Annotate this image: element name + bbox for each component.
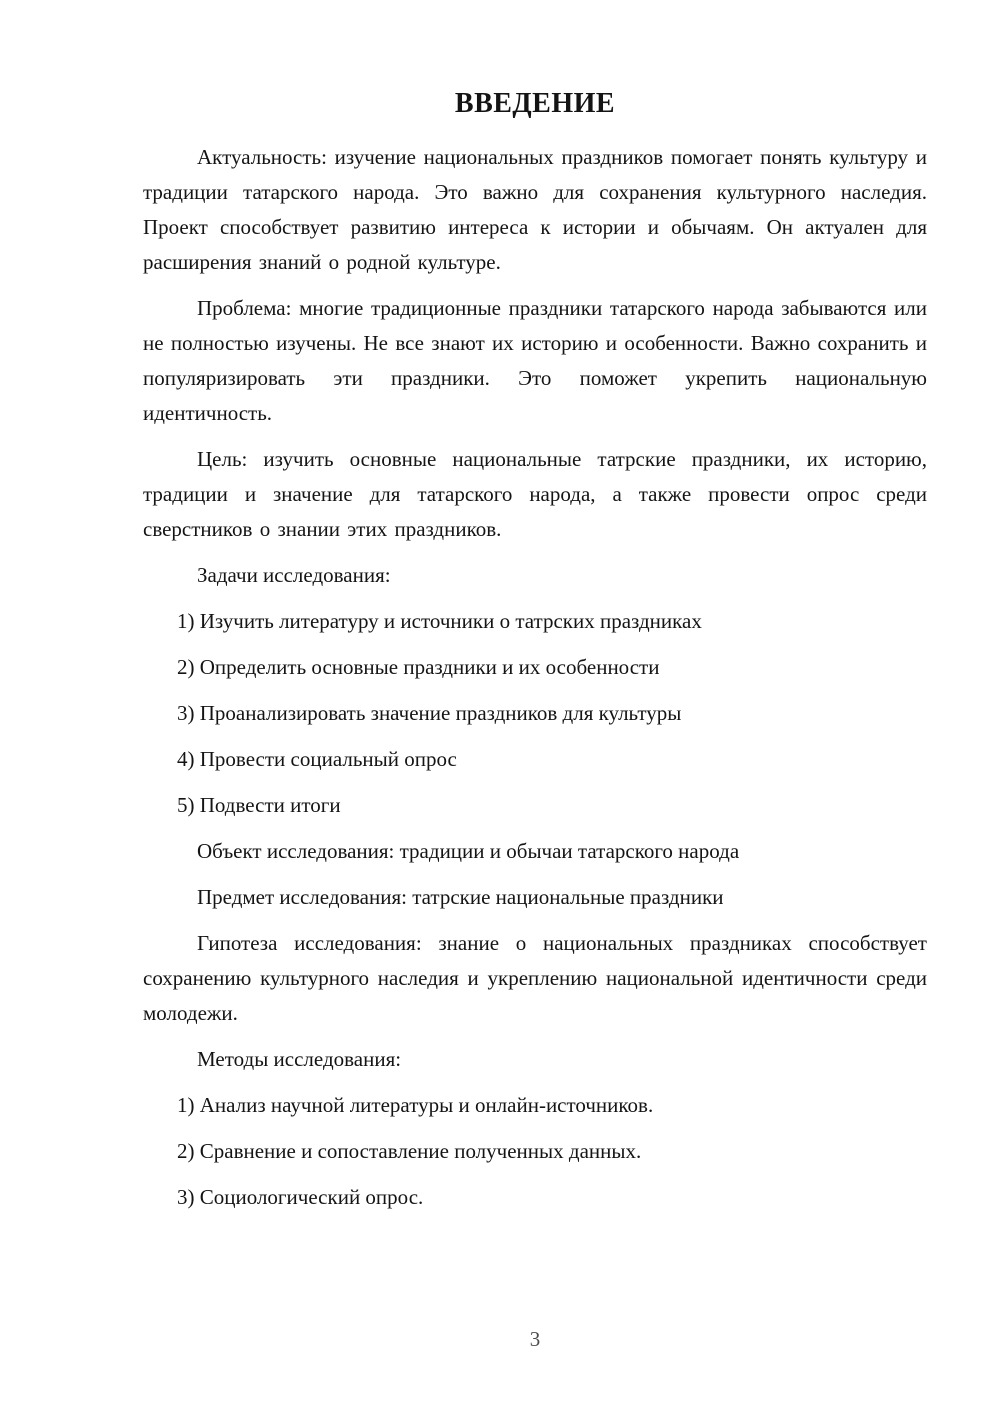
task-item-2: 2) Определить основные праздники и их ос…: [143, 650, 927, 685]
task-item-3: 3) Проанализировать значение праздников …: [143, 696, 927, 731]
task-item-5: 5) Подвести итоги: [143, 788, 927, 823]
paragraph-goal: Цель: изучить основные национальные татр…: [143, 442, 927, 547]
tasks-label: Задачи исследования:: [143, 558, 927, 593]
paragraph-hypothesis: Гипотеза исследования: знание о национал…: [143, 926, 927, 1031]
paragraph-problem: Проблема: многие традиционные праздники …: [143, 291, 927, 431]
page-title: ВВЕДЕНИЕ: [143, 86, 927, 122]
object-line: Объект исследования: традиции и обычаи т…: [143, 834, 927, 869]
task-item-4: 4) Провести социальный опрос: [143, 742, 927, 777]
document-page: ВВЕДЕНИЕ Актуальность: изучение национал…: [0, 0, 1000, 1414]
method-item-1: 1) Анализ научной литературы и онлайн-ис…: [143, 1088, 927, 1123]
task-item-1: 1) Изучить литературу и источники о татр…: [143, 604, 927, 639]
page-number: 3: [143, 1322, 927, 1357]
document-content: ВВЕДЕНИЕ Актуальность: изучение национал…: [143, 86, 927, 1226]
method-item-3: 3) Социологический опрос.: [143, 1180, 927, 1215]
methods-label: Методы исследования:: [143, 1042, 927, 1077]
method-item-2: 2) Сравнение и сопоставление полученных …: [143, 1134, 927, 1169]
subject-line: Предмет исследования: татрские националь…: [143, 880, 927, 915]
paragraph-actuality: Актуальность: изучение национальных праз…: [143, 140, 927, 280]
